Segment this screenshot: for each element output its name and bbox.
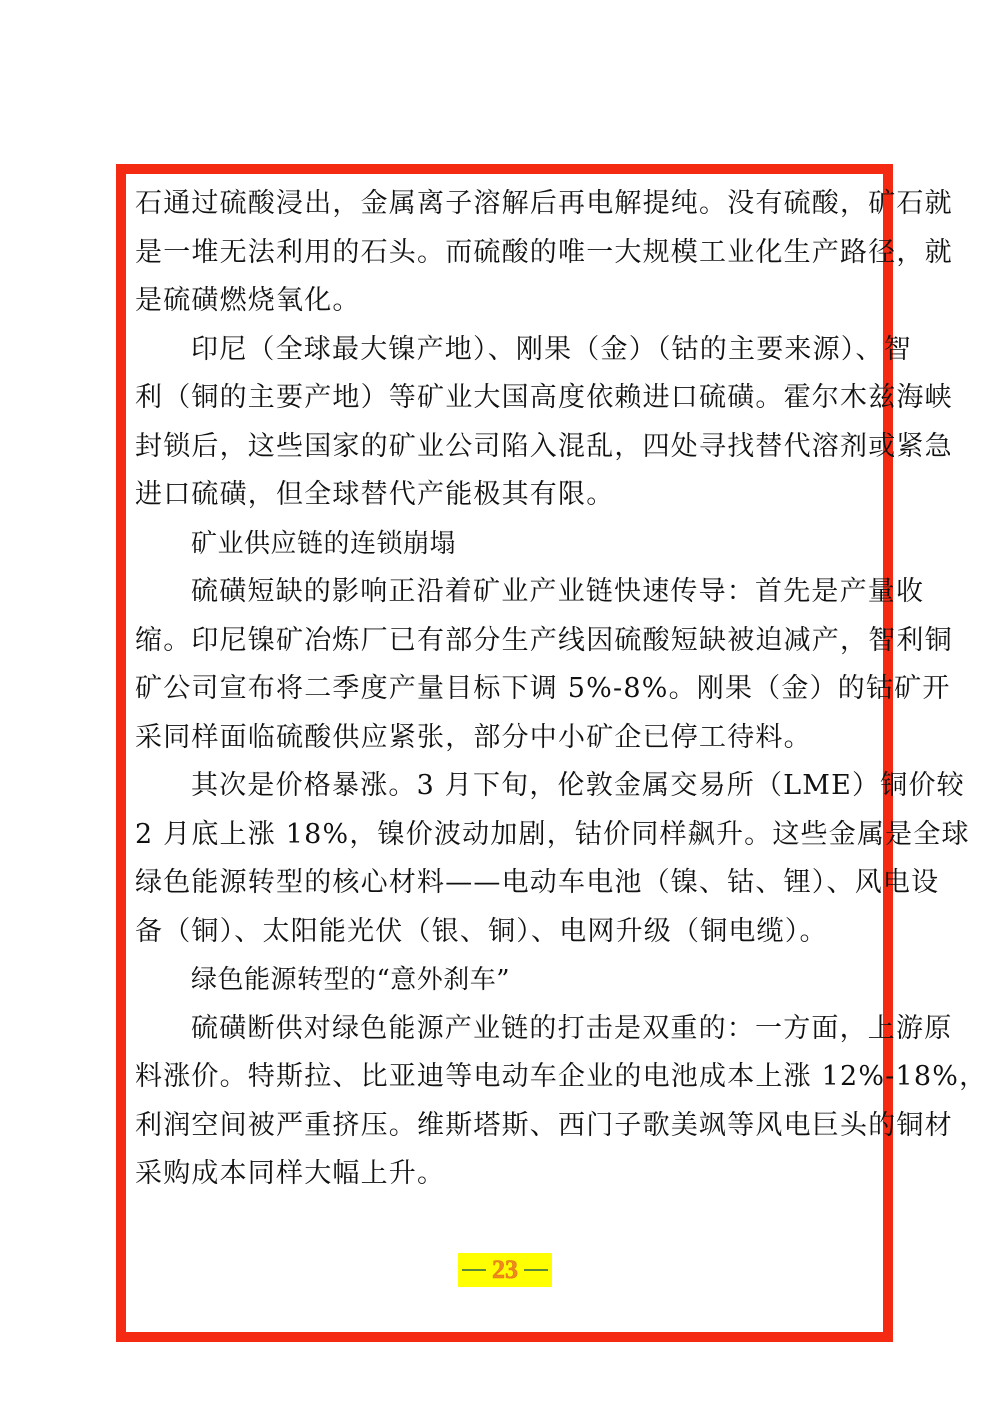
- document-body: 石通过硫酸浸出，金属离子溶解后再电解提纯。没有硫酸，矿石就 是一堆无法利用的石头…: [135, 180, 865, 1199]
- text-line: 备（铜）、太阳能光伏（银、铜）、电网升级（铜电缆）。: [135, 908, 865, 957]
- text-line: 利润空间被严重挤压。维斯塔斯、西门子歌美飒等风电巨头的铜材: [135, 1102, 865, 1151]
- text-line: 2 月底上涨 18%，镍价波动加剧，钴价同样飙升。这些金属是全球: [135, 811, 865, 860]
- paragraph-4: 其次是价格暴涨。3 月下旬，伦敦金属交易所（LME）铜价较 2 月底上涨 18%…: [135, 762, 865, 956]
- text-line: 采同样面临硫酸供应紧张，部分中小矿企已停工待料。: [135, 714, 865, 763]
- page-number: 23: [458, 1253, 552, 1287]
- text-line: 缩。印尼镍矿冶炼厂已有部分生产线因硫酸短缺被迫减产，智利铜: [135, 617, 865, 666]
- page-number-value: 23: [492, 1255, 518, 1285]
- text-line: 是一堆无法利用的石头。而硫酸的唯一大规模工业化生产路径，就: [135, 229, 865, 278]
- paragraph-3: 硫磺短缺的影响正沿着矿业产业链快速传导：首先是产量收 缩。印尼镍矿冶炼厂已有部分…: [135, 568, 865, 762]
- text-line: 印尼（全球最大镍产地）、刚果（金）（钴的主要来源）、智: [135, 326, 865, 375]
- text-line: 利（铜的主要产地）等矿业大国高度依赖进口硫磺。霍尔木兹海峡: [135, 374, 865, 423]
- text-line: 绿色能源转型的核心材料——电动车电池（镍、钴、锂）、风电设: [135, 859, 865, 908]
- paragraph-2: 印尼（全球最大镍产地）、刚果（金）（钴的主要来源）、智 利（铜的主要产地）等矿业…: [135, 326, 865, 520]
- text-line: 矿公司宣布将二季度产量目标下调 5%-8%。刚果（金）的钴矿开: [135, 665, 865, 714]
- dash-left: [462, 1269, 486, 1271]
- paragraph-5: 硫磺断供对绿色能源产业链的打击是双重的：一方面，上游原 料涨价。特斯拉、比亚迪等…: [135, 1005, 865, 1199]
- text-line: 石通过硫酸浸出，金属离子溶解后再电解提纯。没有硫酸，矿石就: [135, 180, 865, 229]
- text-line: 硫磺短缺的影响正沿着矿业产业链快速传导：首先是产量收: [135, 568, 865, 617]
- dash-right: [524, 1269, 548, 1271]
- section-heading-mining-supply-chain: 矿业供应链的连锁崩塌: [135, 520, 865, 569]
- paragraph-1: 石通过硫酸浸出，金属离子溶解后再电解提纯。没有硫酸，矿石就 是一堆无法利用的石头…: [135, 180, 865, 326]
- text-line: 料涨价。特斯拉、比亚迪等电动车企业的电池成本上涨 12%-18%，: [135, 1053, 865, 1102]
- text-line: 封锁后，这些国家的矿业公司陷入混乱，四处寻找替代溶剂或紧急: [135, 423, 865, 472]
- text-line: 进口硫磺，但全球替代产能极其有限。: [135, 471, 865, 520]
- text-line: 硫磺断供对绿色能源产业链的打击是双重的：一方面，上游原: [135, 1005, 865, 1054]
- section-heading-green-energy: 绿色能源转型的“意外刹车”: [135, 956, 865, 1005]
- text-line: 是硫磺燃烧氧化。: [135, 277, 865, 326]
- text-line: 采购成本同样大幅上升。: [135, 1150, 865, 1199]
- text-line: 其次是价格暴涨。3 月下旬，伦敦金属交易所（LME）铜价较: [135, 762, 865, 811]
